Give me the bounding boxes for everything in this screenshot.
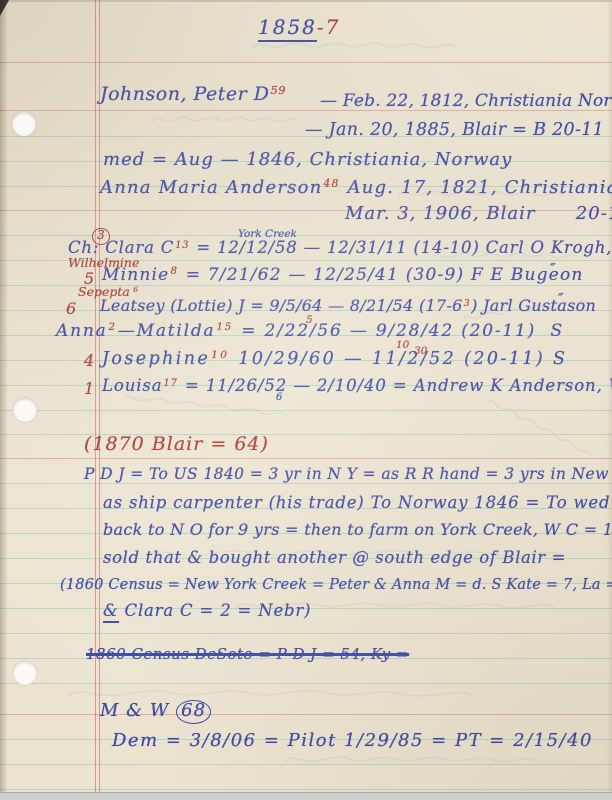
handwriting-segment: 10 [211,349,229,361]
scanned-notebook-page: 1858-7Johnson, Peter D59— Feb. 22, 1812,… [0,0,612,800]
handwriting-segment: as ship carpenter (his trade) To Norway … [103,493,612,512]
ruled-lines-layer [0,0,612,800]
handwriting-segment: York Creek [238,228,297,240]
ink-bleed-ghost [460,293,591,327]
child-row-josephine: Josephine10 10/29/60 — 11/2/52 (20-11) S [102,349,567,369]
ruled-line [0,310,612,311]
mother-death-line: Mar. 3, 1906, Blair 20-11 [345,204,612,225]
handwriting-segment: Ch: Clara C [68,238,174,257]
ruled-line [0,335,612,336]
handwriting-segment: 6 [66,299,76,318]
handwriting-segment: 30 [414,345,427,357]
handwriting-segment: med = Aug — 1846, Christiania, Norway [103,149,512,170]
ruled-line [0,235,612,236]
census-1870-heading: (1870 Blair = 64) [84,434,269,456]
handwriting-segment: 6 [276,392,282,403]
handwriting-segment: = 12/12/58 — 12/31/11 (14-10) Carl O Kro… [190,238,612,257]
child-number-leatsey: 6 [66,300,76,318]
ruled-line-red [0,110,612,111]
handwriting-segment: 1 [84,379,94,398]
census-1860-line-1: (1860 Census = New York Creek = Peter & … [60,577,612,594]
ink-bleed-ghost [60,685,480,703]
ruled-line [0,186,612,187]
child-row-clara: Ch: Clara C13 = 12/12/58 — 12/31/11 (14-… [68,239,612,258]
bleed-through-layer [0,0,612,800]
place-annotation-york-creek: York Creek [238,228,297,240]
ruled-line [0,136,612,137]
handwriting-segment: Mar. 3, 1906, Blair 20-11 [345,203,612,224]
handwriting-segment: Sepepta [78,284,130,299]
handwriting-segment: 2 [109,322,117,333]
ruled-line [0,483,612,484]
ruled-line [0,434,612,435]
name-annotation-wilhelmine: Wilhelmine [68,256,139,270]
ink-bleed-ghost [430,248,580,264]
ink-bleed-ghost [140,545,570,563]
correction-30: 30 [414,345,427,357]
ruled-line-red [0,210,612,211]
punch-hole [12,112,36,136]
name-annotation-sepepta: Sepepta 6 [78,285,139,299]
handwriting-segment: P D J = To US 1840 = 3 yr in N Y = as R … [84,465,612,483]
paper-texture [0,0,612,800]
handwriting-segment: ″ [558,290,564,308]
father-birth-line: — Feb. 22, 1812, Christiania Norway [320,92,612,112]
ink-bleed-ghost [150,112,300,128]
handwriting-segment: Louisa [102,376,163,395]
handwriting-segment: 10/29/60 — 11/2/52 (20-11) S [230,349,567,369]
margin-line [95,0,96,793]
handwriting-segment: Dem = 3/8/06 = Pilot 1/29/85 = PT = 2/15… [112,730,593,751]
m-and-w-line: M & W 68 [100,700,211,724]
handwriting-segment: 8 [170,266,178,277]
ruled-line [0,410,612,411]
handwriting-segment: Aug. 17, 1821, Christiania Norw [341,177,612,198]
ruled-line [0,558,612,559]
ruled-line-red [0,458,612,459]
handwriting-segment: 15 [216,322,233,333]
census-1860-line-2: & Clara C = 2 = Nebr) [103,602,311,621]
ruled-line [0,583,612,584]
ruled-line [0,633,612,634]
mother-name-birth-line: Anna Maria Anderson48 Aug. 17, 1821, Chr… [100,178,612,199]
handwriting-segment: 5 [306,314,313,326]
scanner-edge-strip [0,792,612,800]
handwriting-segment: Wilhelmine [68,255,139,270]
page-edge-shadow-left [0,0,8,800]
handwriting-segment: Anna [56,321,108,341]
punch-hole [13,398,37,422]
correction-6: 6 [276,392,282,404]
ink-bleed-ghost [250,38,460,54]
ink-layer: 1858-7Johnson, Peter D59— Feb. 22, 1812,… [0,0,612,800]
handwriting-segment: 17 [164,378,178,389]
father-name-line: Johnson, Peter D59 [100,84,287,106]
handwriting-segment: 13 [175,240,189,251]
handwriting-segment: 59 [270,83,286,97]
child-row-leatsey: Leatsey (Lottie) J = 9/5/64 — 8/21/54 (1… [100,297,596,315]
handwriting-segment: = 11/26/52 — 2/10/40 = Andrew K Anderson… [179,376,612,395]
ruled-line [0,360,612,361]
ditto-mark-leatsey: ″ [558,291,564,308]
handwriting-segment: Minnie [102,265,169,285]
handwriting-segment: sold that & bought another @ south edge … [103,548,566,567]
handwriting-segment: & [103,601,119,623]
father-death-line: — Jan. 20, 1885, Blair = B 20-11 [305,120,604,140]
handwriting-segment: = 2/22/56 — 9/28/42 (20-11) S [234,321,564,341]
ruled-line-red [0,62,612,63]
handwriting-segment: — Jan. 20, 1885, Blair = B 20-11 [305,120,604,140]
biography-line-3: back to N O for 9 yrs = then to farm on … [103,521,612,539]
handwriting-segment: 3 [92,228,110,245]
handwriting-segment: 68 [176,700,211,724]
handwriting-segment: 1858 [258,15,317,42]
handwriting-segment: -7 [317,15,340,39]
punch-hole [13,661,37,685]
ruled-line [0,533,612,534]
handwriting-segment: Clara C = 2 = Nebr) [119,601,312,620]
ruled-line-red [0,714,612,715]
ruled-line [0,739,612,740]
page-edge-shadow-right [607,0,612,800]
handwriting-segment: 5 [84,269,94,288]
child-row-minnie: Minnie8 = 7/21/62 — 12/25/41 (30-9) F E … [102,266,584,286]
ruled-line [0,764,612,765]
ruled-line [0,608,612,609]
handwriting-segment: 1860 Census DeSoto = P D J = 54, Ky = [86,645,409,663]
child-number-louisa: 1 [84,380,94,398]
ruled-line [0,161,612,162]
ruled-line [0,658,612,659]
handwriting-segment: Anna Maria Anderson [100,177,322,198]
handwriting-segment: ) Jarl Gustason [471,296,596,315]
ditto-mark-minnie: ″ [550,261,556,278]
handwriting-segment: = 7/21/62 — 12/25/41 (30-9) F E Bugeon [179,265,583,285]
handwriting-segment: 48 [323,177,339,190]
biography-line-1: P D J = To US 1840 = 3 yr in N Y = as R … [84,466,612,484]
handwriting-segment: Leatsey (Lottie) J = 9/5/64 — 8/21/54 (1… [100,296,463,315]
page-edge-shadow-top [0,0,612,2]
handwriting-segment: (1860 Census = New York Creek = Peter & … [60,577,612,593]
ink-bleed-ghost [120,389,291,423]
child-order-circled-3: 3 [92,228,110,245]
census-1860-crossed-out: 1860 Census DeSoto = P D J = 54, Ky = [86,646,409,663]
biography-line-2: as ship carpenter (his trade) To Norway … [103,494,612,513]
handwriting-segment: 6 [131,285,138,294]
correction-5: 5 [306,314,313,326]
ruled-line [0,260,612,261]
newspaper-dates-line: Dem = 3/8/06 = Pilot 1/29/85 = PT = 2/15… [112,731,593,752]
ruled-line [0,508,612,509]
handwriting-segment: 3 [464,298,470,309]
handwriting-segment: back to N O for 9 yrs = then to farm on … [103,520,612,539]
marriage-line: med = Aug — 1846, Christiania, Norway [103,150,512,171]
handwriting-segment: — Feb. 22, 1812, Christiania Norway [320,91,612,111]
child-row-matilda: Anna2—Matilda15 = 2/22/56 — 9/28/42 (20-… [56,322,564,342]
ruled-line [0,385,612,386]
handwriting-segment: (1870 Blair = 64) [84,433,269,455]
ink-bleed-ghost [395,186,565,202]
handwriting-segment: 10 [396,339,409,351]
ink-bleed-ghost [280,752,540,768]
handwriting-segment: Josephine [102,349,210,369]
child-number-minnie: 5 [84,270,94,288]
handwriting-segment: —Matilda [118,321,216,341]
ink-bleed-ghost [230,598,560,614]
ruled-line [0,789,612,790]
ink-bleed-ghost [483,393,596,463]
margin-line [99,0,100,793]
child-row-louisa: Louisa17 = 11/26/52 — 2/10/40 = Andrew K… [102,377,612,396]
ruled-line [0,683,612,684]
handwriting-segment: 4 [84,351,94,370]
correction-10: 10 [396,339,409,351]
handwriting-segment: M & W [100,700,176,721]
handwriting-segment: ″ [550,260,556,278]
ruled-line [0,285,612,286]
biography-line-4: sold that & bought another @ south edge … [103,549,566,568]
handwriting-segment: Johnson, Peter D [100,83,269,105]
page-title: 1858-7 [258,16,340,39]
child-number-josephine: 4 [84,352,94,370]
